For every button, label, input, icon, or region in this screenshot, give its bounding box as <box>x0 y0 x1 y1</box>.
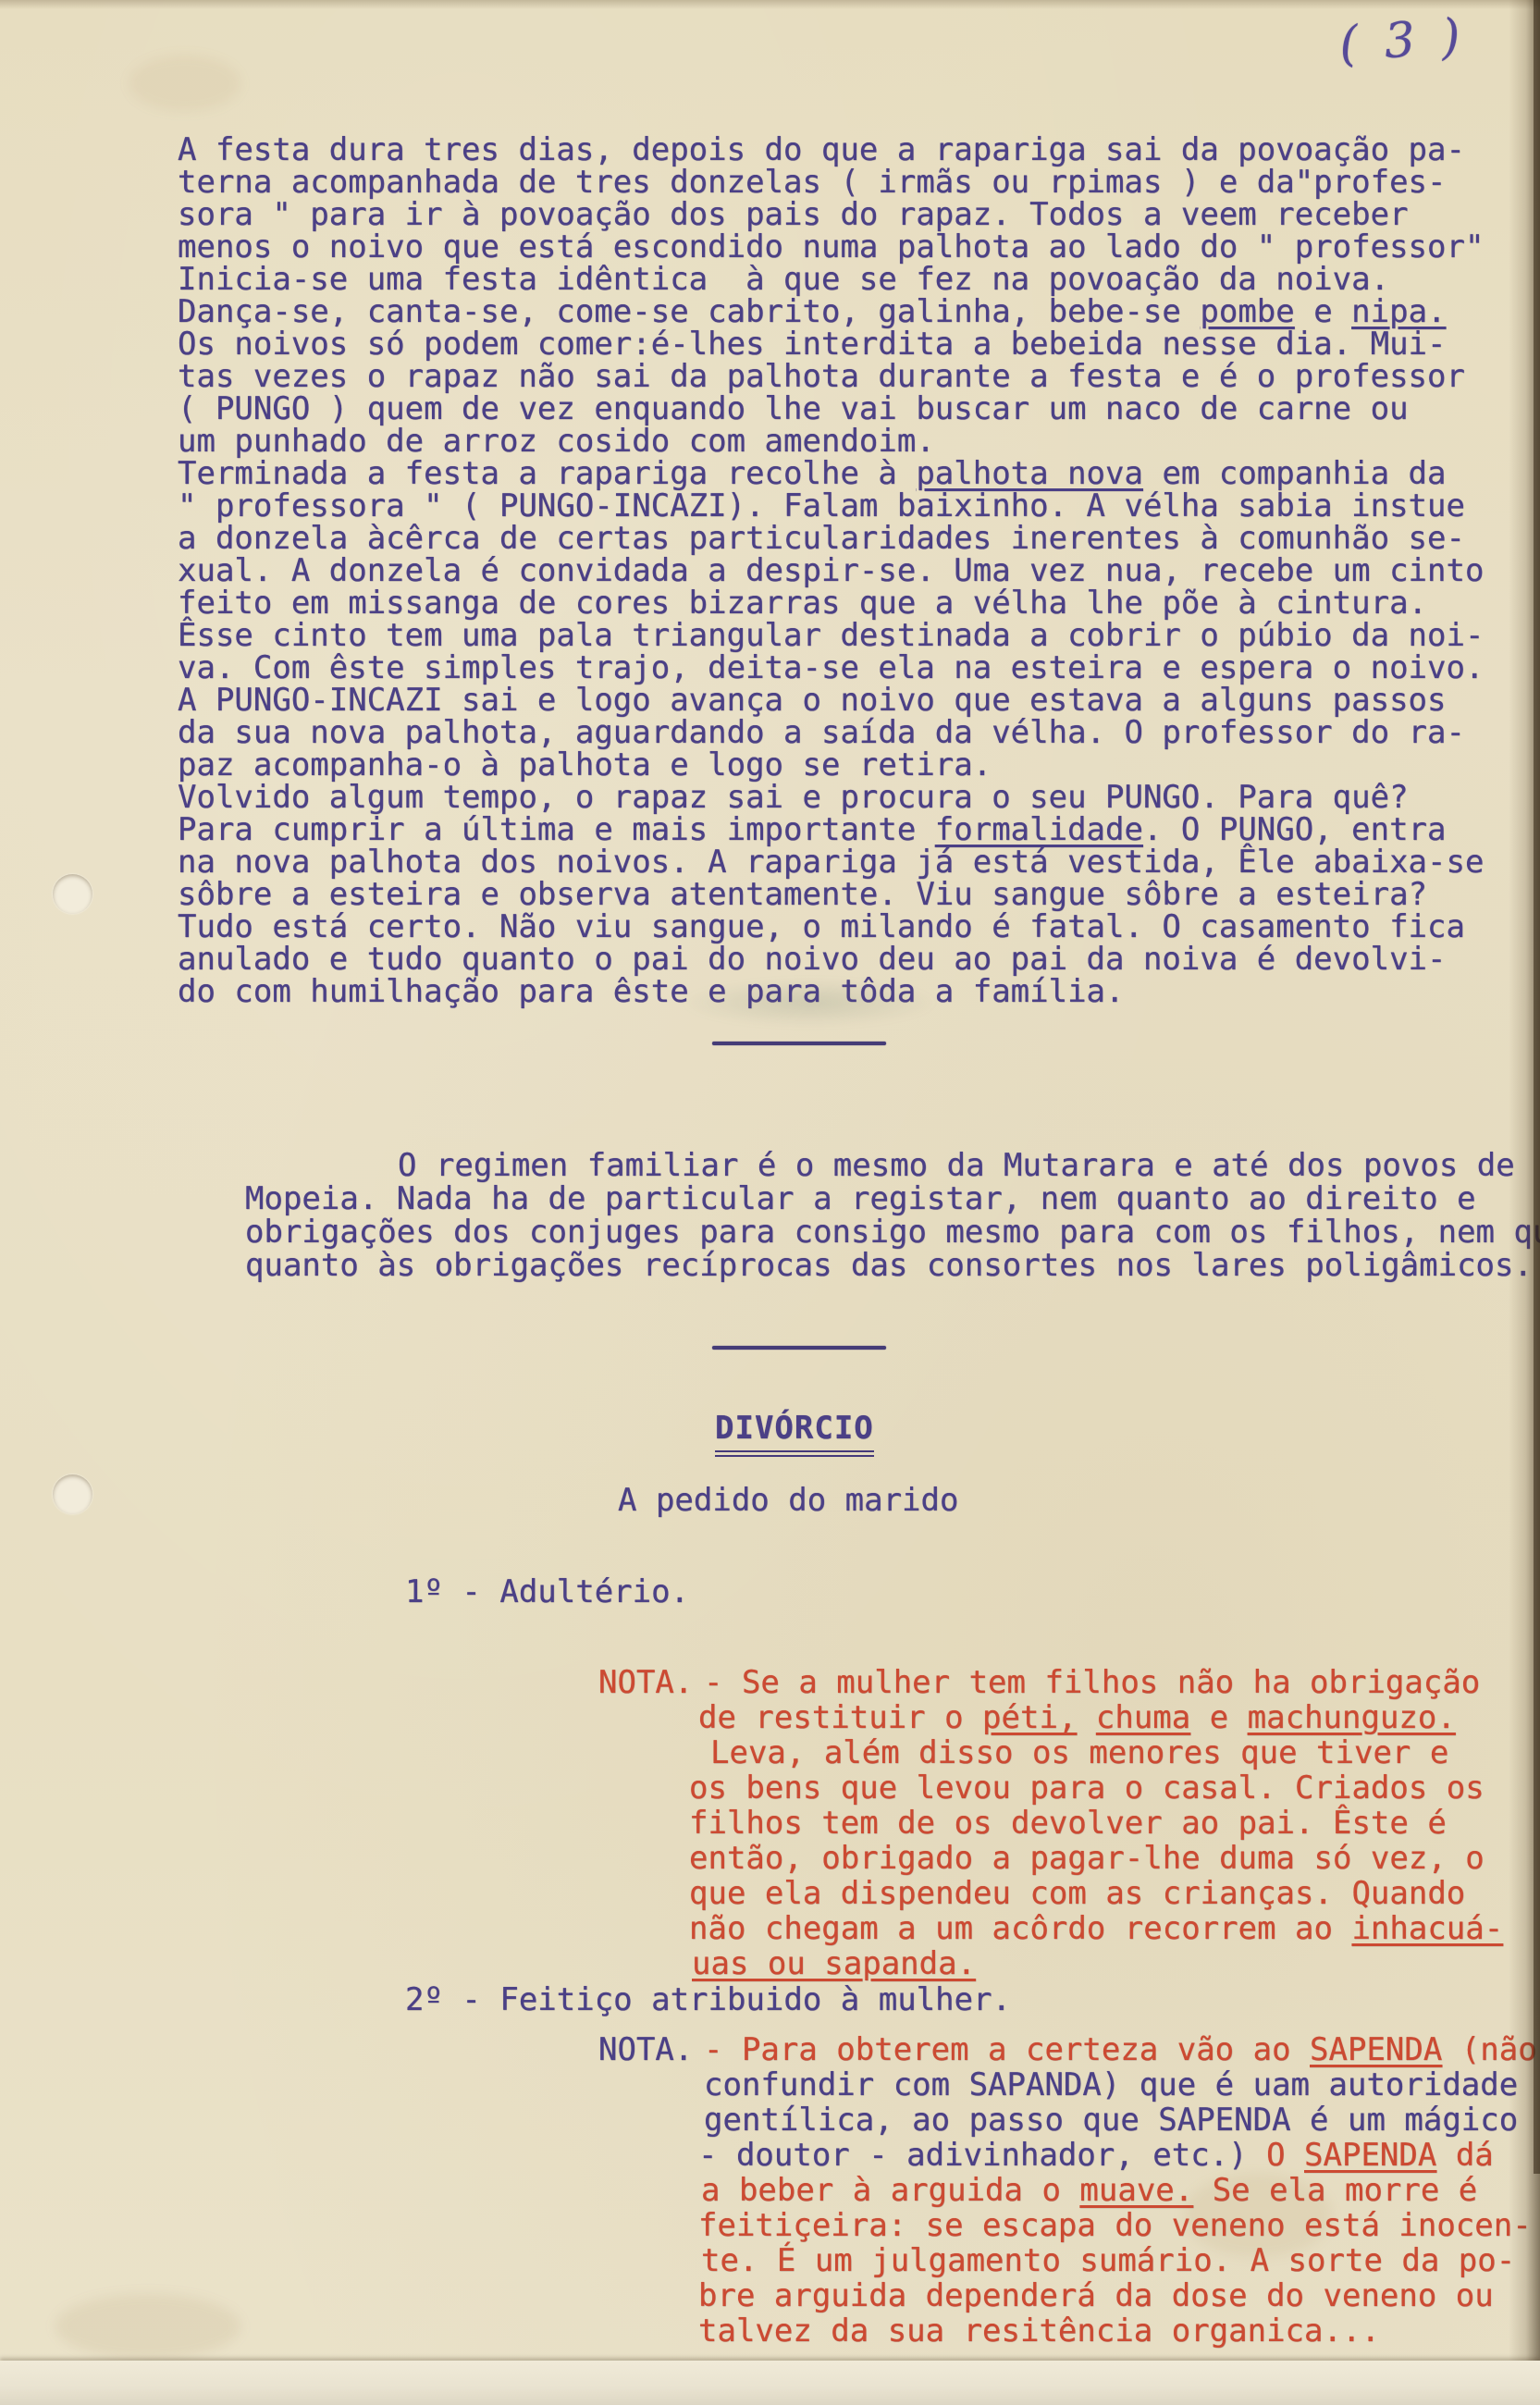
punch-hole <box>53 1474 92 1514</box>
text-line: ( PUNGO ) quem de vez enquando lhe vai b… <box>178 393 1484 425</box>
text-segment: talvez da sua resitência organica... <box>698 2312 1380 2349</box>
text-segment: anulado e tudo quanto o pai do noivo deu… <box>178 941 1446 978</box>
text-line: quanto às obrigações recíprocas das cons… <box>245 1249 1540 1282</box>
text-segment: uas ou sapanda. <box>692 1945 976 1982</box>
text-segment: Mopeia. Nada ha de particular a registar… <box>245 1180 1476 1217</box>
text-line: xual. A donzela é convidada a despir-se.… <box>178 555 1484 587</box>
text-segment: . O PUNGO, entra <box>1143 811 1447 848</box>
text-segment: do com humilhação para êste e para tôda … <box>178 973 1125 1010</box>
text-segment: Tudo está certo. Não viu sangue, o milan… <box>178 908 1465 945</box>
nota-label: NOTA. <box>598 1665 693 1700</box>
text-segment: da sua nova palhota, aguardando a saída … <box>178 714 1465 751</box>
scanned-document-page: ( 3 ) A festa dura tres dias, depois do … <box>0 0 1540 2405</box>
text-segment: a donzela àcêrca de certas particularida… <box>178 520 1465 557</box>
text-line: A festa dura tres dias, depois do que a … <box>178 134 1484 166</box>
text-line: do com humilhação para êste e para tôda … <box>178 976 1484 1008</box>
nota-1: NOTA.- Se a mulher tem filhos não ha obr… <box>598 1665 1503 1981</box>
text-segment: - doutor - adivinhador, etc.) <box>698 2137 1266 2174</box>
text-segment: os bens que levou para o casal. Criados … <box>689 1770 1485 1807</box>
text-line: sôbre a esteira e observa atentamente. V… <box>178 879 1484 911</box>
text-line: os bens que levou para o casal. Criados … <box>689 1770 1503 1806</box>
text-segment: formalidade <box>935 811 1143 848</box>
text-segment: nipa. <box>1351 293 1446 330</box>
text-line: menos o noivo que está escondido numa pa… <box>178 231 1484 264</box>
text-segment: obrigações dos conjuges para consigo mes… <box>245 1214 1540 1251</box>
item-adulterio-text: 1º - Adultério. <box>405 1573 689 1610</box>
text-segment: bre arguida dependerá da dose do veneno … <box>698 2277 1494 2314</box>
text-line: que ela dispendeu com as crianças. Quand… <box>689 1876 1503 1911</box>
text-segment: xual. A donzela é convidada a despir-se.… <box>178 552 1484 589</box>
text-line: terna acompanhada de tres donzelas ( irm… <box>178 166 1484 199</box>
text-line: uas ou sapanda. <box>692 1946 1503 1981</box>
text-segment: gentílica, ao passo que SAPENDA é um mág… <box>704 2102 1518 2139</box>
text-segment: dá <box>1436 2137 1493 2174</box>
text-line: Mopeia. Nada ha de particular a registar… <box>245 1182 1540 1215</box>
para-festa: A festa dura tres dias, depois do que a … <box>178 134 1484 1008</box>
text-segment: SAPENDA <box>1310 2031 1442 2068</box>
text-line: a donzela àcêrca de certas particularida… <box>178 523 1484 555</box>
heading-divorcio-text: DIVÓRCIO <box>715 1410 874 1457</box>
text-line: gentílica, ao passo que SAPENDA é um mág… <box>704 2103 1537 2138</box>
text-segment: e <box>1295 293 1351 330</box>
text-segment: péti, <box>982 1699 1077 1736</box>
punch-hole <box>53 874 92 914</box>
page-number: ( 3 ) <box>1337 8 1468 72</box>
text-line: feitiçeira: se escapa do veneno está ino… <box>698 2208 1537 2243</box>
text-line: Êsse cinto tem uma pala triangular desti… <box>178 620 1484 652</box>
text-line: " professora " ( PUNGO-INCAZI). Falam ba… <box>178 490 1484 523</box>
text-line: obrigações dos conjuges para consigo mes… <box>245 1215 1540 1249</box>
text-segment: a beber à arguida o <box>701 2172 1079 2209</box>
paper-top-edge <box>0 0 1540 9</box>
text-line: bre arguida dependerá da dose do veneno … <box>698 2278 1537 2313</box>
text-segment: e <box>1190 1699 1247 1736</box>
text-segment: O regimen familiar é o mesmo da Mutarara… <box>398 1147 1515 1184</box>
text-line: filhos tem de os devolver ao pai. Êste é <box>689 1806 1503 1841</box>
paper-right-edge-shadow <box>1534 0 1540 2174</box>
text-line: na nova palhota dos noivos. A rapariga j… <box>178 846 1484 879</box>
text-line: - doutor - adivinhador, etc.) O SAPENDA … <box>698 2138 1537 2173</box>
text-line: paz acompanha-o à palhota e logo se reti… <box>178 749 1484 782</box>
text-line: a beber à arguida o muave. Se ela morre … <box>701 2173 1537 2208</box>
text-segment: Dança-se, canta-se, come-se cabrito, gal… <box>178 293 1200 330</box>
text-segment: - Para obterem a certeza vão ao <box>704 2031 1310 2068</box>
text-line: Volvido algum tempo, o rapaz sai e procu… <box>178 782 1484 814</box>
text-line: Terminada a festa a rapariga recolhe à p… <box>178 458 1484 490</box>
text-segment: então, obrigado a pagar-lhe duma só vez,… <box>689 1840 1485 1877</box>
text-segment: " professora " ( PUNGO-INCAZI). Falam ba… <box>178 487 1465 524</box>
text-segment: va. Com êste simples trajo, deita-se ela… <box>178 649 1484 686</box>
text-segment: sôbre a esteira e observa atentamente. V… <box>178 876 1427 913</box>
text-line: Para cumprir a última e mais importante … <box>178 814 1484 846</box>
text-segment: Êsse cinto tem uma pala triangular desti… <box>178 617 1484 654</box>
text-segment: paz acompanha-o à palhota e logo se reti… <box>178 746 992 783</box>
text-line: - Para obterem a certeza vão ao SAPENDA … <box>704 2032 1537 2067</box>
text-segment: Se ela morre é <box>1193 2172 1477 2209</box>
text-line: te. É um julgamento sumário. A sorte da … <box>701 2243 1537 2278</box>
heading-divorcio: DIVÓRCIO <box>715 1410 874 1447</box>
text-segment: chuma <box>1096 1699 1190 1736</box>
text-segment: feitiçeira: se escapa do veneno está ino… <box>698 2207 1532 2244</box>
paper-stain <box>129 55 240 111</box>
text-line: talvez da sua resitência organica... <box>698 2313 1537 2349</box>
separator-1 <box>712 1042 886 1045</box>
separator-2 <box>712 1346 886 1350</box>
text-segment: Os noivos só podem comer:é-lhes interdit… <box>178 326 1446 363</box>
text-line: de restituir o péti, chuma e machunguzo. <box>698 1700 1503 1735</box>
text-segment: Terminada a festa a rapariga recolhe à <box>178 455 916 492</box>
item-feitico-text: 2º - Feitiço atribuido à mulher. <box>405 1981 1011 2018</box>
text-line: não chegam a um acôrdo recorrem ao inhac… <box>689 1911 1503 1946</box>
text-line: Inicia-se uma festa idêntica à que se fe… <box>178 264 1484 296</box>
text-segment: não chegam a um acôrdo recorrem ao <box>689 1910 1351 1947</box>
text-line: Leva, além disso os menores que tiver e <box>710 1735 1503 1770</box>
text-segment: um punhado de arroz cosido com amendoim. <box>178 423 935 460</box>
text-line: tas vezes o rapaz não sai da palhota dur… <box>178 361 1484 393</box>
text-segment: menos o noivo que está escondido numa pa… <box>178 228 1484 265</box>
text-segment <box>1077 1699 1095 1736</box>
text-segment: Volvido algum tempo, o rapaz sai e procu… <box>178 779 1409 816</box>
text-line: A PUNGO-INCAZI sai e logo avança o noivo… <box>178 684 1484 717</box>
text-segment: tas vezes o rapaz não sai da palhota dur… <box>178 358 1465 395</box>
text-segment: te. É um julgamento sumário. A sorte da … <box>701 2242 1515 2279</box>
text-segment: O <box>1266 2137 1304 2174</box>
text-segment: inhacuá- <box>1351 1910 1503 1947</box>
subheading-pedido-text: A pedido do marido <box>618 1482 958 1519</box>
text-line: sora " para ir à povoação dos pais do ra… <box>178 199 1484 231</box>
text-line: Dança-se, canta-se, come-se cabrito, gal… <box>178 296 1484 328</box>
text-segment: de restituir o <box>698 1699 982 1736</box>
text-segment: SAPENDA <box>1304 2137 1436 2174</box>
text-segment: terna acompanhada de tres donzelas ( irm… <box>178 164 1446 201</box>
paper-stain <box>55 2294 240 2359</box>
text-segment: palhota nova <box>916 455 1143 492</box>
text-segment: confundir com SAPANDA) que é uam autorid… <box>704 2066 1518 2103</box>
text-segment: Leva, além disso os menores que tiver e <box>710 1734 1448 1771</box>
text-line: confundir com SAPANDA) que é uam autorid… <box>704 2067 1537 2103</box>
text-segment: na nova palhota dos noivos. A rapariga j… <box>178 844 1484 881</box>
text-segment: quanto às obrigações recíprocas das cons… <box>245 1247 1533 1284</box>
text-segment: machunguzo. <box>1248 1699 1456 1736</box>
text-segment: Para cumprir a última e mais importante <box>178 811 935 848</box>
text-line: Os noivos só podem comer:é-lhes interdit… <box>178 328 1484 361</box>
item-adulterio: 1º - Adultério. <box>405 1573 689 1610</box>
text-segment: em companhia da <box>1143 455 1447 492</box>
text-segment: pombe <box>1200 293 1294 330</box>
subheading-pedido: A pedido do marido <box>618 1482 958 1519</box>
text-line: anulado e tudo quanto o pai do noivo deu… <box>178 943 1484 976</box>
paper-bottom-edge <box>0 2361 1540 2405</box>
text-segment: A PUNGO-INCAZI sai e logo avança o noivo… <box>178 682 1446 719</box>
text-line: então, obrigado a pagar-lhe duma só vez,… <box>689 1841 1503 1876</box>
text-line: feito em missanga de cores bizarras que … <box>178 587 1484 620</box>
text-segment: sora " para ir à povoação dos pais do ra… <box>178 196 1409 233</box>
text-line: um punhado de arroz cosido com amendoim. <box>178 425 1484 458</box>
text-segment: filhos tem de os devolver ao pai. Êste é <box>689 1805 1447 1842</box>
para-regimen: O regimen familiar é o mesmo da Mutarara… <box>245 1149 1540 1282</box>
text-segment: muave. <box>1079 2172 1193 2209</box>
text-segment: feito em missanga de cores bizarras que … <box>178 585 1427 622</box>
text-segment: - Se a mulher tem filhos não ha obrigaçã… <box>704 1664 1480 1701</box>
item-feitico: 2º - Feitiço atribuido à mulher. <box>405 1981 1011 2018</box>
text-line: Tudo está certo. Não viu sangue, o milan… <box>178 911 1484 943</box>
text-segment: que ela dispendeu com as crianças. Quand… <box>689 1875 1465 1912</box>
text-segment: Inicia-se uma festa idêntica à que se fe… <box>178 261 1389 298</box>
text-line: da sua nova palhota, aguardando a saída … <box>178 717 1484 749</box>
text-line: va. Com êste simples trajo, deita-se ela… <box>178 652 1484 684</box>
nota-label: NOTA. <box>598 2032 693 2067</box>
text-line: O regimen familiar é o mesmo da Mutarara… <box>398 1149 1540 1182</box>
nota-2: NOTA.- Para obterem a certeza vão ao SAP… <box>598 2032 1537 2349</box>
text-segment: A festa dura tres dias, depois do que a … <box>178 131 1465 168</box>
text-line: - Se a mulher tem filhos não ha obrigaçã… <box>704 1665 1503 1700</box>
text-segment: ( PUNGO ) quem de vez enquando lhe vai b… <box>178 390 1409 427</box>
